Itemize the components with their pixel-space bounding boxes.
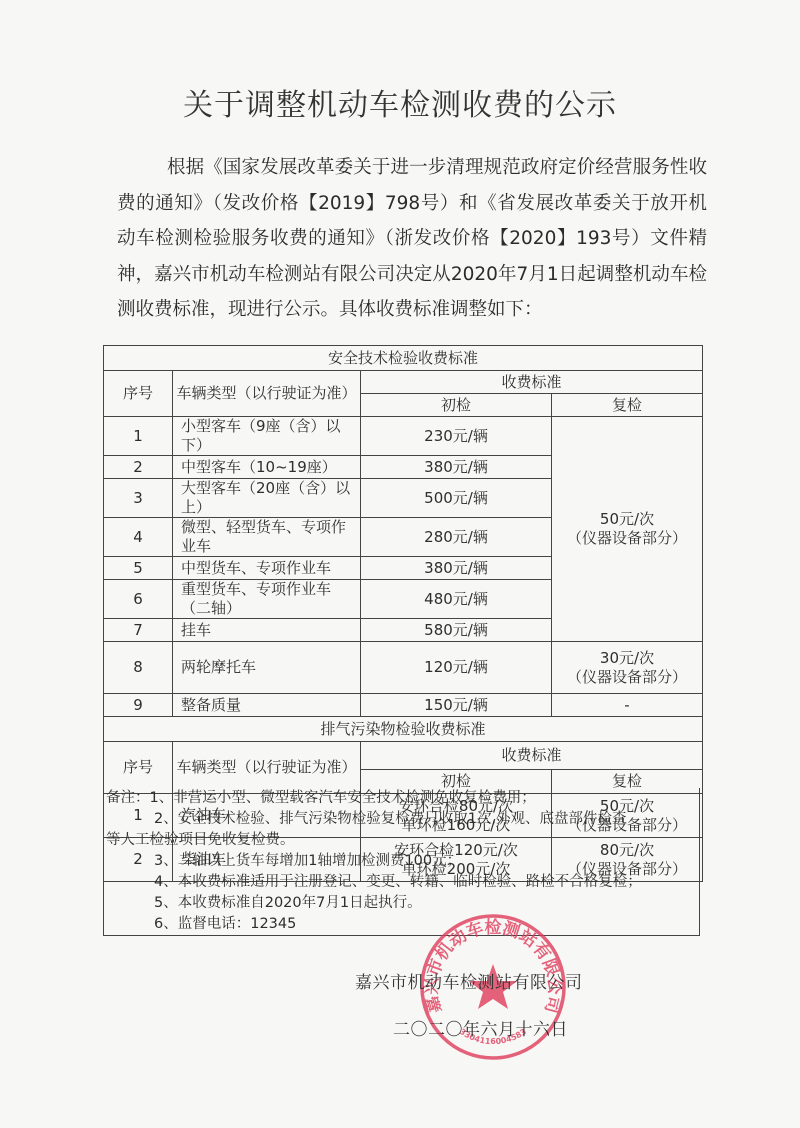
- cell-type: 中型客车（10~19座）: [173, 456, 361, 479]
- signature-date: 二〇二〇年六月十六日: [393, 1015, 568, 1040]
- cell-type: 整备质量: [173, 694, 361, 717]
- header-no: 序号: [104, 371, 173, 417]
- cell-no: 9: [104, 694, 173, 717]
- safety-section-title-row: 安全技术检验收费标准: [104, 346, 703, 371]
- note-4: 4、本收费标准适用于注册登记、变更、转籍、临时检验、路检不合格复检；: [106, 872, 699, 893]
- recheck-fee: 50元/次: [552, 510, 702, 529]
- cell-initial: 480元/辆: [361, 580, 552, 619]
- cell-type: 小型客车（9座（含）以下）: [173, 417, 361, 456]
- cell-no: 2: [104, 456, 173, 479]
- cell-initial: 380元/辆: [361, 456, 552, 479]
- emission-header-row: 序号 车辆类型（以行驶证为准） 收费标准: [104, 742, 703, 770]
- recheck-note: （仪器设备部分）: [552, 668, 702, 687]
- table-row: 9 整备质量 150元/辆 -: [104, 694, 703, 717]
- cell-initial: 120元/辆: [361, 642, 552, 694]
- table-row: 1 小型客车（9座（含）以下） 230元/辆 50元/次 （仪器设备部分）: [104, 417, 703, 456]
- cell-type: 微型、轻型货车、专项作业车: [173, 518, 361, 557]
- note-2: 2、安全技术检验、排气污染物检验复检费只收取1次,外观、底盘部件检查: [106, 809, 699, 830]
- intro-paragraph: 根据《国家发展改革委关于进一步清理规范政府定价经营服务性收费的通知》（发改价格【…: [117, 150, 707, 328]
- cell-initial: 580元/辆: [361, 619, 552, 642]
- header-initial: 初检: [361, 394, 552, 417]
- cell-type: 大型客车（20座（含）以上）: [173, 479, 361, 518]
- cell-no: 5: [104, 557, 173, 580]
- note-3: 3、二轴以上货车每增加1轴增加检测费100元；: [106, 851, 699, 872]
- header-fee: 收费标准: [361, 371, 703, 394]
- note-5: 5、本收费标准自2020年7月1日起执行。: [106, 893, 699, 914]
- cell-type: 两轮摩托车: [173, 642, 361, 694]
- cell-recheck-group1: 50元/次 （仪器设备部分）: [552, 417, 703, 642]
- recheck-note: （仪器设备部分）: [552, 529, 702, 548]
- header-type: 车辆类型（以行驶证为准）: [173, 742, 361, 794]
- table-row: 8 两轮摩托车 120元/辆 30元/次 （仪器设备部分）: [104, 642, 703, 694]
- cell-no: 3: [104, 479, 173, 518]
- signature-company: 嘉兴市机动车检测站有限公司: [355, 968, 583, 993]
- emission-section-title: 排气污染物检验收费标准: [104, 717, 703, 742]
- cell-type: 中型货车、专项作业车: [173, 557, 361, 580]
- cell-no: 6: [104, 580, 173, 619]
- cell-initial: 230元/辆: [361, 417, 552, 456]
- notes-box: 备注：1、非营运小型、微型载客汽车安全技术检测免收复检费用； 2、安全技术检验、…: [103, 788, 700, 936]
- emission-section-title-row: 排气污染物检验收费标准: [104, 717, 703, 742]
- cell-type: 重型货车、专项作业车（二轴）: [173, 580, 361, 619]
- cell-no: 1: [104, 417, 173, 456]
- recheck-fee: 30元/次: [552, 649, 702, 668]
- safety-section-title: 安全技术检验收费标准: [104, 346, 703, 371]
- cell-initial: 150元/辆: [361, 694, 552, 717]
- cell-initial: 280元/辆: [361, 518, 552, 557]
- header-no: 序号: [104, 742, 173, 794]
- cell-initial: 380元/辆: [361, 557, 552, 580]
- cell-recheck: -: [552, 694, 703, 717]
- cell-initial: 500元/辆: [361, 479, 552, 518]
- cell-no: 4: [104, 518, 173, 557]
- safety-header-row: 序号 车辆类型（以行驶证为准） 收费标准: [104, 371, 703, 394]
- note-1: 备注：1、非营运小型、微型载客汽车安全技术检测免收复检费用；: [106, 788, 699, 809]
- cell-recheck-group2: 30元/次 （仪器设备部分）: [552, 642, 703, 694]
- intro-text: 根据《国家发展改革委关于进一步清理规范政府定价经营服务性收费的通知》（发改价格【…: [117, 150, 707, 328]
- page-title: 关于调整机动车检测收费的公示: [0, 80, 800, 124]
- cell-type: 挂车: [173, 619, 361, 642]
- header-recheck: 复检: [552, 394, 703, 417]
- note-2-cont: 等人工检验项目免收复检费。: [106, 830, 699, 851]
- header-type: 车辆类型（以行驶证为准）: [173, 371, 361, 417]
- cell-no: 7: [104, 619, 173, 642]
- note-6: 6、监督电话：12345: [106, 914, 699, 935]
- header-fee: 收费标准: [361, 742, 703, 770]
- cell-no: 8: [104, 642, 173, 694]
